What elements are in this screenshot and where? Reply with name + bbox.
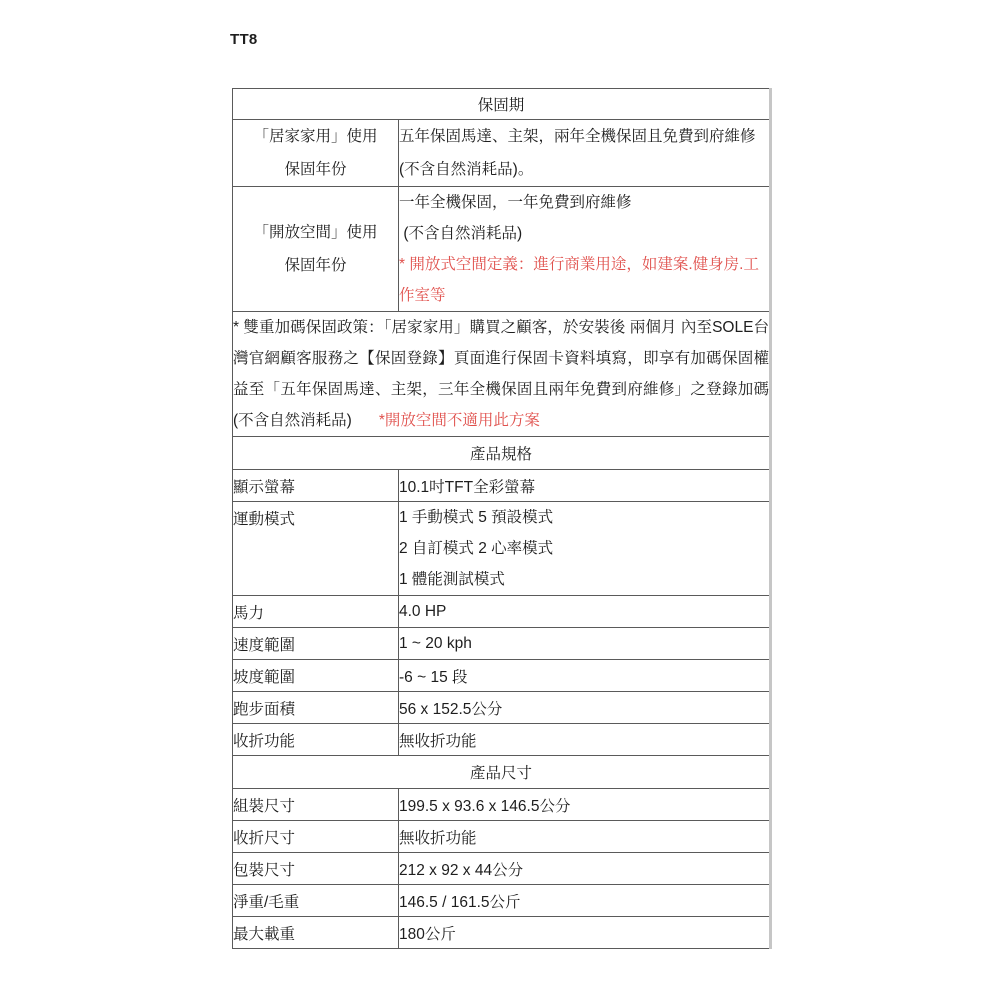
spec-row-exercise-modes: 運動模式 1 手動模式 5 預設模式 2 自訂模式 2 心率模式 1 體能測試模… [233, 502, 770, 596]
spec-row-folding-function: 收折功能 無收折功能 [233, 724, 770, 756]
spec-table-container: 保固期 「居家家用」使用 保固年份 五年保固馬達、主架，兩年全機保固且免費到府維… [232, 88, 770, 949]
specs-section-title: 產品規格 [233, 437, 770, 470]
dimension-value: 180公斤 [399, 917, 770, 949]
open-space-value-line1: 一年全機保固，一年免費到府維修 [399, 187, 769, 218]
open-space-value-line2: (不含自然消耗品) [399, 218, 769, 249]
dimension-label: 組裝尺寸 [233, 789, 399, 821]
spec-label: 坡度範圍 [233, 660, 399, 692]
dimension-row-assembled-size: 組裝尺寸 199.5 x 93.6 x 146.5公分 [233, 789, 770, 821]
warranty-open-space-label-line2: 保固年份 [233, 249, 398, 282]
warranty-open-space-row: 「開放空間」使用 保固年份 一年全機保固，一年免費到府維修 (不含自然消耗品) … [233, 187, 770, 312]
warranty-open-space-label-line1: 「開放空間」使用 [233, 216, 398, 249]
warranty-policy-cell: * 雙重加碼保固政策：「居家家用」購買之顧客，於安裝後 兩個月 內至SOLE台灣… [233, 312, 770, 437]
spec-label: 速度範圍 [233, 628, 399, 660]
spec-value: 4.0 HP [399, 596, 770, 628]
policy-open-space-exclusion-note: *開放空間不適用此方案 [379, 412, 540, 429]
spec-label: 馬力 [233, 596, 399, 628]
spec-row-horsepower: 馬力 4.0 HP [233, 596, 770, 628]
spec-row-speed-range: 速度範圍 1 ~ 20 kph [233, 628, 770, 660]
spec-label: 收折功能 [233, 724, 399, 756]
exercise-mode-line2: 2 自訂模式 2 心率模式 [399, 533, 769, 564]
exercise-mode-line1: 1 手動模式 5 預設模式 [399, 502, 769, 533]
spec-label: 跑步面積 [233, 692, 399, 724]
dimension-value: 199.5 x 93.6 x 146.5公分 [399, 789, 770, 821]
spec-value: 1 手動模式 5 預設模式 2 自訂模式 2 心率模式 1 體能測試模式 [399, 502, 770, 596]
warranty-home-use-label-line1: 「居家家用」使用 [233, 120, 398, 153]
open-space-definition-note: * 開放式空間定義：進行商業用途，如建案.健身房.工作室等 [399, 249, 769, 311]
dimension-label: 最大載重 [233, 917, 399, 949]
warranty-open-space-value: 一年全機保固，一年免費到府維修 (不含自然消耗品) * 開放式空間定義：進行商業… [399, 187, 770, 312]
dimension-label: 包裝尺寸 [233, 853, 399, 885]
spec-row-incline-range: 坡度範圍 -6 ~ 15 段 [233, 660, 770, 692]
dimension-row-folded-size: 收折尺寸 無收折功能 [233, 821, 770, 853]
specs-section-header-row: 產品規格 [233, 437, 770, 470]
exercise-mode-line3: 1 體能測試模式 [399, 564, 769, 595]
warranty-open-space-label: 「開放空間」使用 保固年份 [233, 187, 399, 312]
spec-value: 56 x 152.5公分 [399, 692, 770, 724]
dimension-label: 淨重/毛重 [233, 885, 399, 917]
spec-label: 運動模式 [233, 502, 399, 596]
dimension-value: 146.5 / 161.5公斤 [399, 885, 770, 917]
dimension-value: 無收折功能 [399, 821, 770, 853]
spec-value: 10.1吋TFT全彩螢幕 [399, 470, 770, 502]
dimension-row-package-size: 包裝尺寸 212 x 92 x 44公分 [233, 853, 770, 885]
warranty-home-use-label-line2: 保固年份 [233, 153, 398, 186]
warranty-home-use-label: 「居家家用」使用 保固年份 [233, 120, 399, 187]
warranty-home-use-value: 五年保固馬達、主架，兩年全機保固且免費到府維修(不含自然消耗品)。 [399, 120, 770, 187]
warranty-policy-row: * 雙重加碼保固政策：「居家家用」購買之顧客，於安裝後 兩個月 內至SOLE台灣… [233, 312, 770, 437]
dimensions-section-header-row: 產品尺寸 [233, 756, 770, 789]
dimension-row-max-load: 最大載重 180公斤 [233, 917, 770, 949]
dimension-label: 收折尺寸 [233, 821, 399, 853]
dimension-value: 212 x 92 x 44公分 [399, 853, 770, 885]
product-spec-table: 保固期 「居家家用」使用 保固年份 五年保固馬達、主架，兩年全機保固且免費到府維… [232, 88, 770, 949]
spec-label: 顯示螢幕 [233, 470, 399, 502]
warranty-home-use-row: 「居家家用」使用 保固年份 五年保固馬達、主架，兩年全機保固且免費到府維修(不含… [233, 120, 770, 187]
spec-value: 無收折功能 [399, 724, 770, 756]
spec-value: 1 ~ 20 kph [399, 628, 770, 660]
spec-row-display-screen: 顯示螢幕 10.1吋TFT全彩螢幕 [233, 470, 770, 502]
warranty-section-title: 保固期 [233, 89, 770, 120]
dimension-row-net-gross-weight: 淨重/毛重 146.5 / 161.5公斤 [233, 885, 770, 917]
dimensions-section-title: 產品尺寸 [233, 756, 770, 789]
warranty-section-header-row: 保固期 [233, 89, 770, 120]
model-title: TT8 [230, 31, 258, 48]
spec-row-running-surface: 跑步面積 56 x 152.5公分 [233, 692, 770, 724]
spec-value: -6 ~ 15 段 [399, 660, 770, 692]
